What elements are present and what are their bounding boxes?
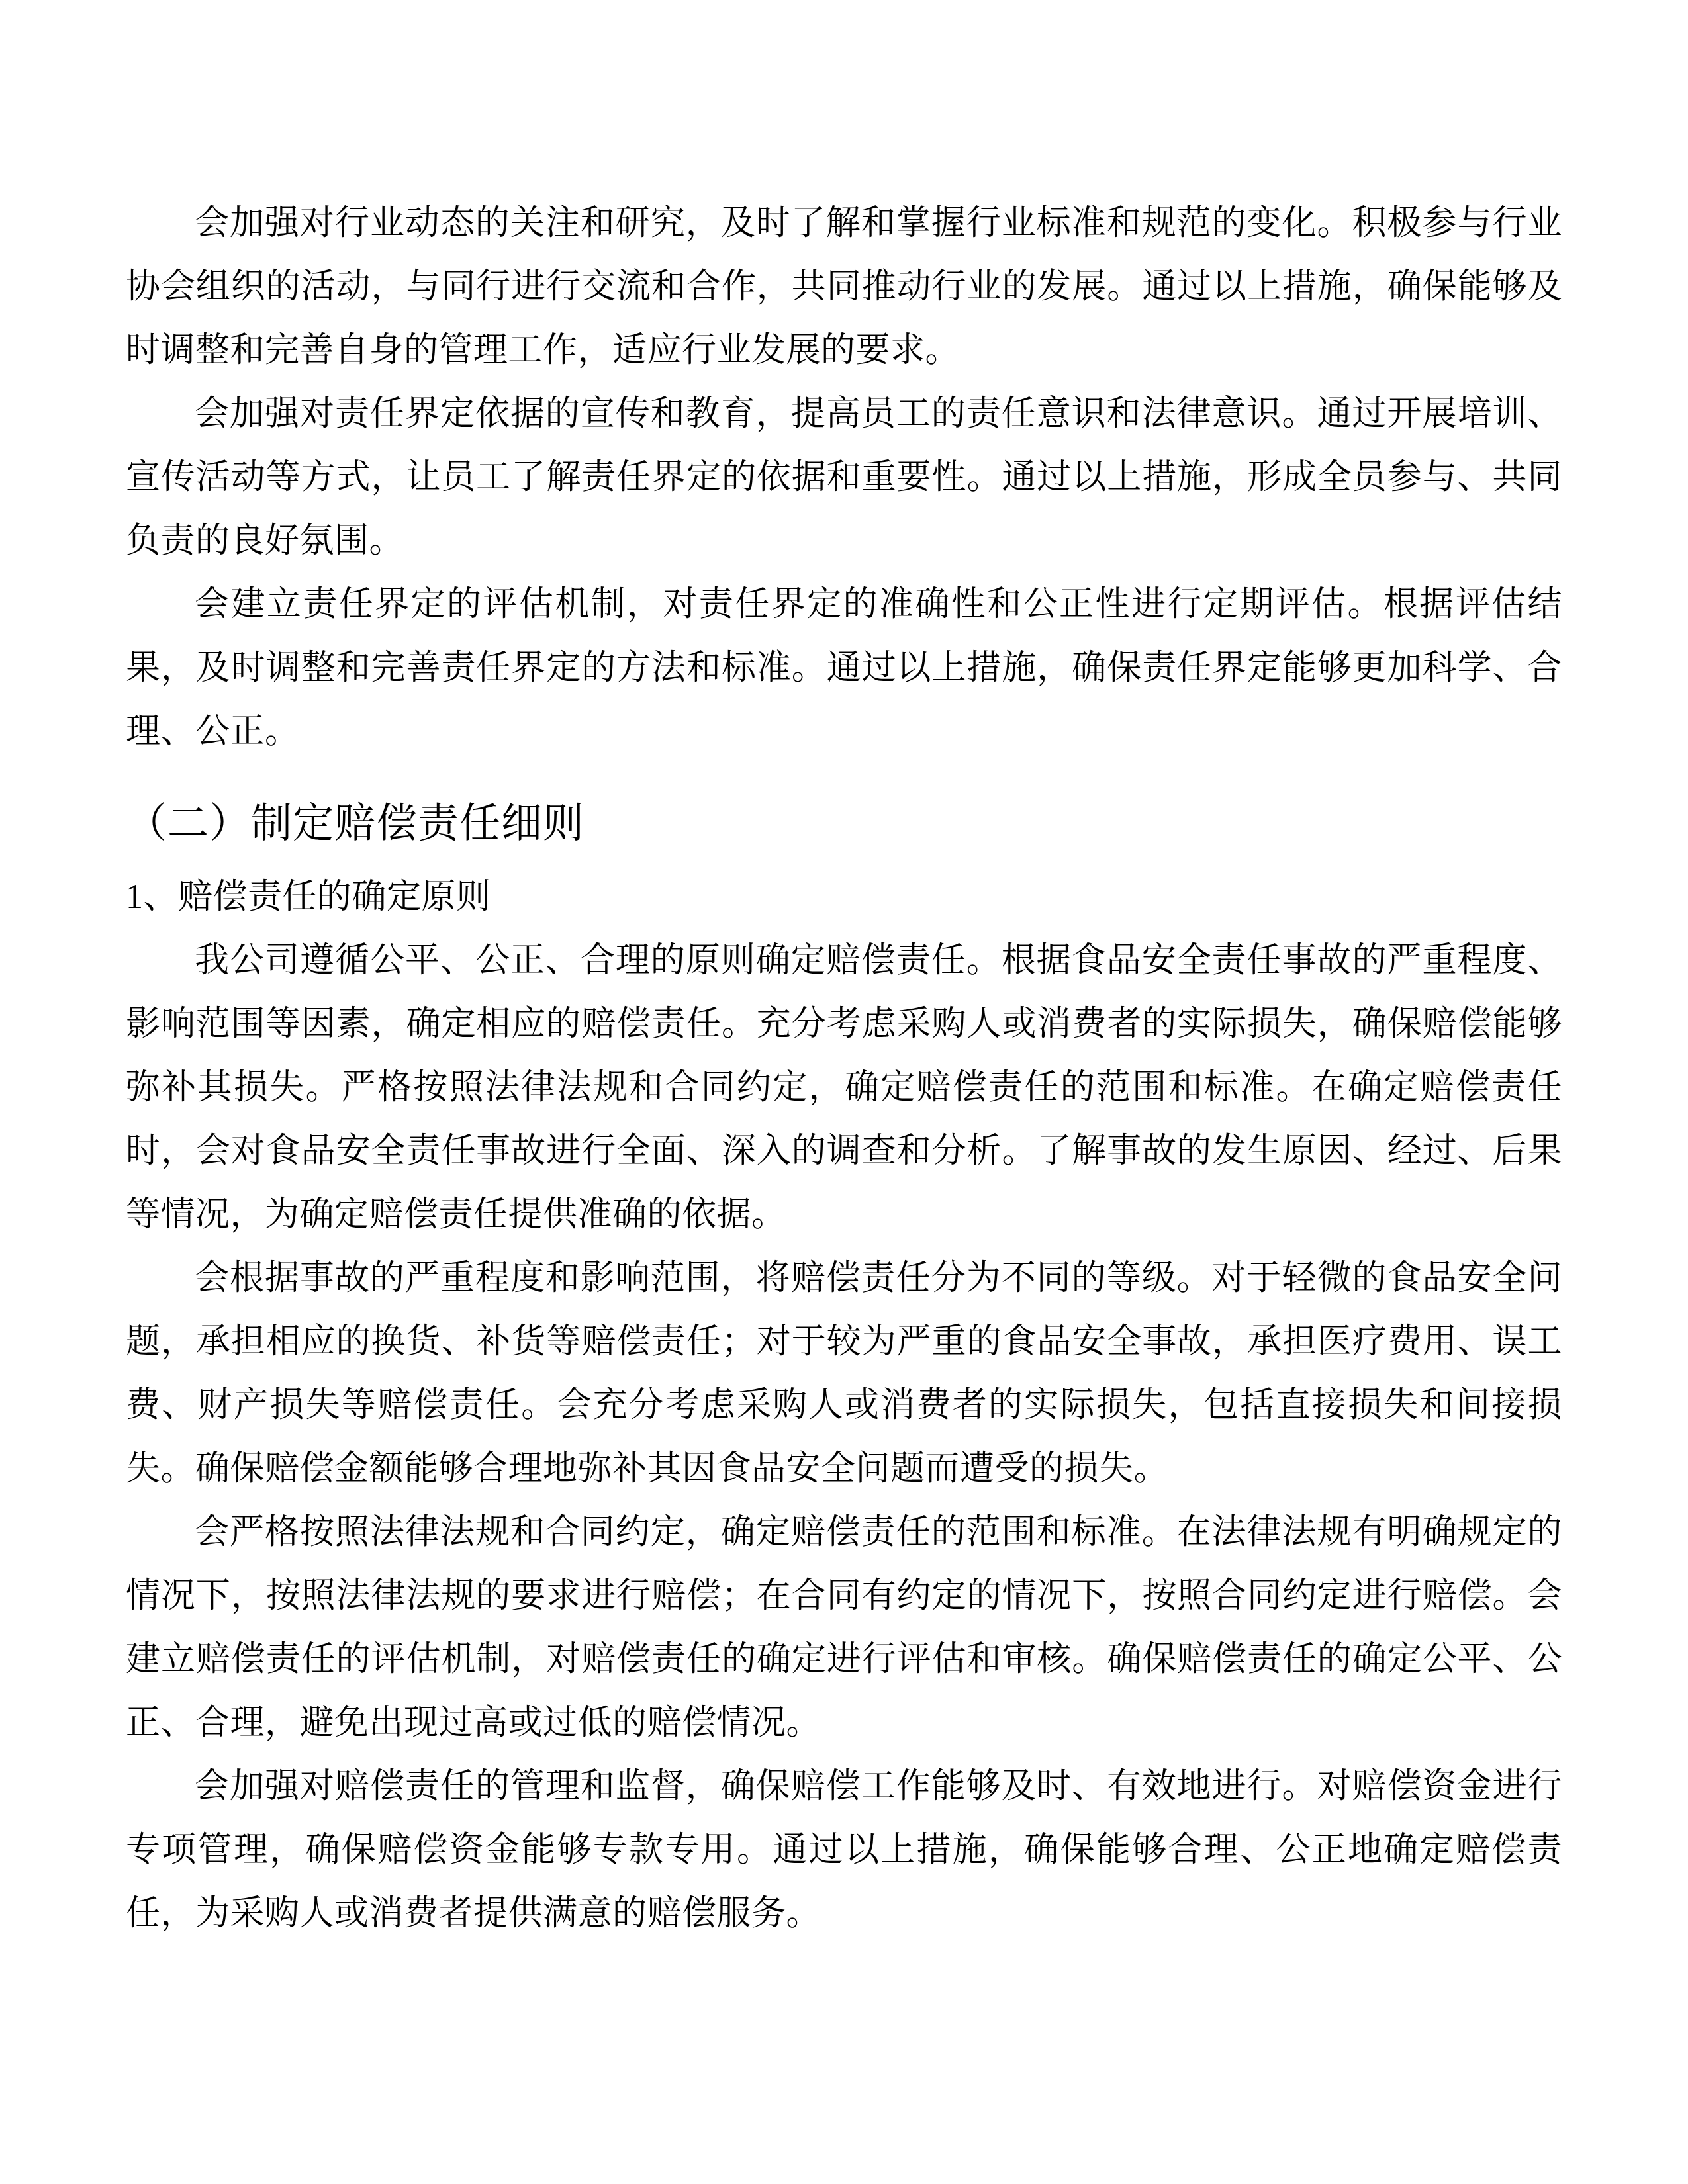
paragraph-legal-compensation: 会严格按照法律法规和合同约定，确定赔偿责任的范围和标准。在法律法规有明确规定的情…	[126, 1501, 1562, 1755]
paragraph-compensation-levels: 会根据事故的严重程度和影响范围，将赔偿责任分为不同的等级。对于轻微的食品安全问题…	[126, 1247, 1562, 1501]
paragraph-compensation-principles: 我公司遵循公平、公正、合理的原则确定赔偿责任。根据食品安全责任事故的严重程度、影…	[126, 929, 1562, 1247]
paragraph-evaluation-mechanism: 会建立责任界定的评估机制，对责任界定的准确性和公正性进行定期评估。根据评估结果，…	[126, 573, 1562, 764]
paragraph-compensation-supervision: 会加强对赔偿责任的管理和监督，确保赔偿工作能够及时、有效地进行。对赔偿资金进行专…	[126, 1755, 1562, 1946]
document-page: 会加强对行业动态的关注和研究，及时了解和掌握行业标准和规范的变化。积极参与行业协…	[0, 0, 1688, 2184]
paragraph-industry-trends: 会加强对行业动态的关注和研究，及时了解和掌握行业标准和规范的变化。积极参与行业协…	[126, 192, 1562, 383]
section-heading: （二）制定赔偿责任细则	[126, 788, 1562, 860]
numbered-sub-heading: 1、赔偿责任的确定原则	[126, 866, 1562, 929]
paragraph-responsibility-education: 会加强对责任界定依据的宣传和教育，提高员工的责任意识和法律意识。通过开展培训、宣…	[126, 383, 1562, 573]
